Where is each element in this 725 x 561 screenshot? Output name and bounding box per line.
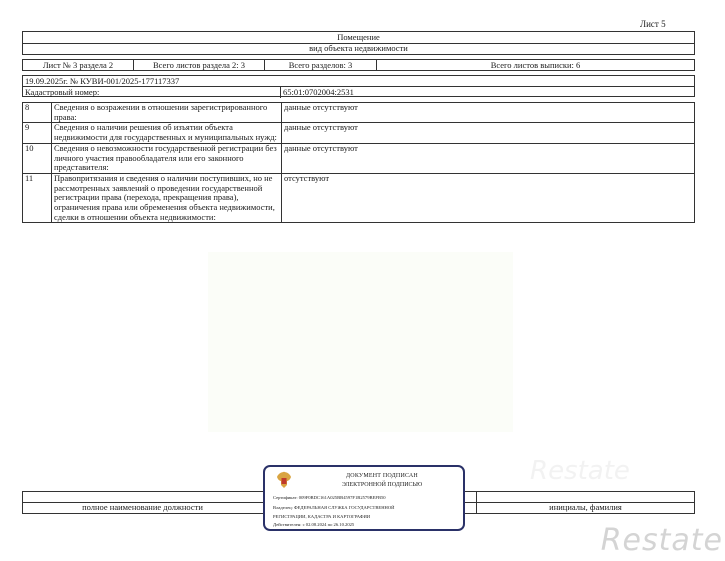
row-number: 9 [23, 123, 52, 143]
electronic-signature-stamp: ДОКУМЕНТ ПОДПИСАН ЭЛЕКТРОННОЙ ПОДПИСЬЮ С… [263, 465, 465, 531]
row-value: отсутствуют [282, 173, 695, 223]
total-sheets-section: Всего листов раздела 2: 3 [134, 60, 265, 70]
table-row: 9Сведения о наличии решения об изъятии о… [23, 123, 695, 143]
stamp-owner-1: Владелец: ФЕДЕРАЛЬНАЯ СЛУЖБА ГОСУДАРСТВЕ… [273, 505, 395, 510]
row-number: 10 [23, 143, 52, 173]
sheet-info-row: Лист № 3 раздела 2 Всего листов раздела … [22, 59, 695, 71]
table-row: 11Правопритязания и сведения о наличии п… [23, 173, 695, 223]
stamp-owner-2: РЕГИСТРАЦИИ, КАДАСТРА И КАРТОГРАФИИ [273, 514, 370, 519]
name-caption: инициалы, фамилия [476, 502, 695, 513]
stamp-title-2: ЭЛЕКТРОННОЙ ПОДПИСЬЮ [305, 482, 459, 488]
row-description: Сведения о возражении в отношении зареги… [52, 103, 282, 123]
document-info: 19.09.2025г. № КУВИ-001/2025-177117337 К… [22, 75, 695, 97]
row-value: данные отсутствуют [282, 103, 695, 123]
row-number: 11 [23, 173, 52, 223]
document-number: 19.09.2025г. № КУВИ-001/2025-177117337 [25, 76, 179, 86]
cadastral-value: 65:01:0702004:2531 [280, 87, 354, 98]
total-sections: Всего разделов: 3 [265, 60, 377, 70]
cadastral-label: Кадастровый номер: [25, 87, 99, 97]
faint-watermark-text: Restate [530, 456, 630, 486]
row-description: Сведения о невозможности государственной… [52, 143, 282, 173]
table-row: 10Сведения о невозможности государственн… [23, 143, 695, 173]
row-description: Сведения о наличии решения об изъятии об… [52, 123, 282, 143]
background-watermark [208, 252, 513, 432]
table-row: 8Сведения о возражении в отношении зарег… [23, 103, 695, 123]
stamp-title-1: ДОКУМЕНТ ПОДПИСАН [305, 473, 459, 479]
cadastral-row: Кадастровый номер: 65:01:0702004:2531 [23, 86, 694, 98]
row-description: Правопритязания и сведения о наличии пос… [52, 173, 282, 223]
row-value: данные отсутствуют [282, 123, 695, 143]
sheet-of-section: Лист № 3 раздела 2 [23, 60, 134, 70]
row-value: данные отсутствуют [282, 143, 695, 173]
object-type-caption: вид объекта недвижимости [23, 43, 694, 54]
position-caption: полное наименование должности [22, 502, 263, 513]
russian-coat-of-arms-icon [275, 470, 293, 490]
stamp-validity: Действителен: с 02.08.2024 по 26.10.2025 [273, 522, 354, 527]
object-type-table: Помещение вид объекта недвижимости [22, 31, 695, 55]
rights-info-table: 8Сведения о возражении в отношении зарег… [22, 102, 695, 223]
stamp-certificate: Сертификат: 009F0BDC161A025BB4597F1B2579… [273, 495, 386, 500]
restate-logo: Restate [601, 523, 723, 558]
sheet-number: Лист 5 [640, 19, 666, 29]
row-number: 8 [23, 103, 52, 123]
total-sheets-extract: Всего листов выписки: 6 [377, 60, 694, 70]
